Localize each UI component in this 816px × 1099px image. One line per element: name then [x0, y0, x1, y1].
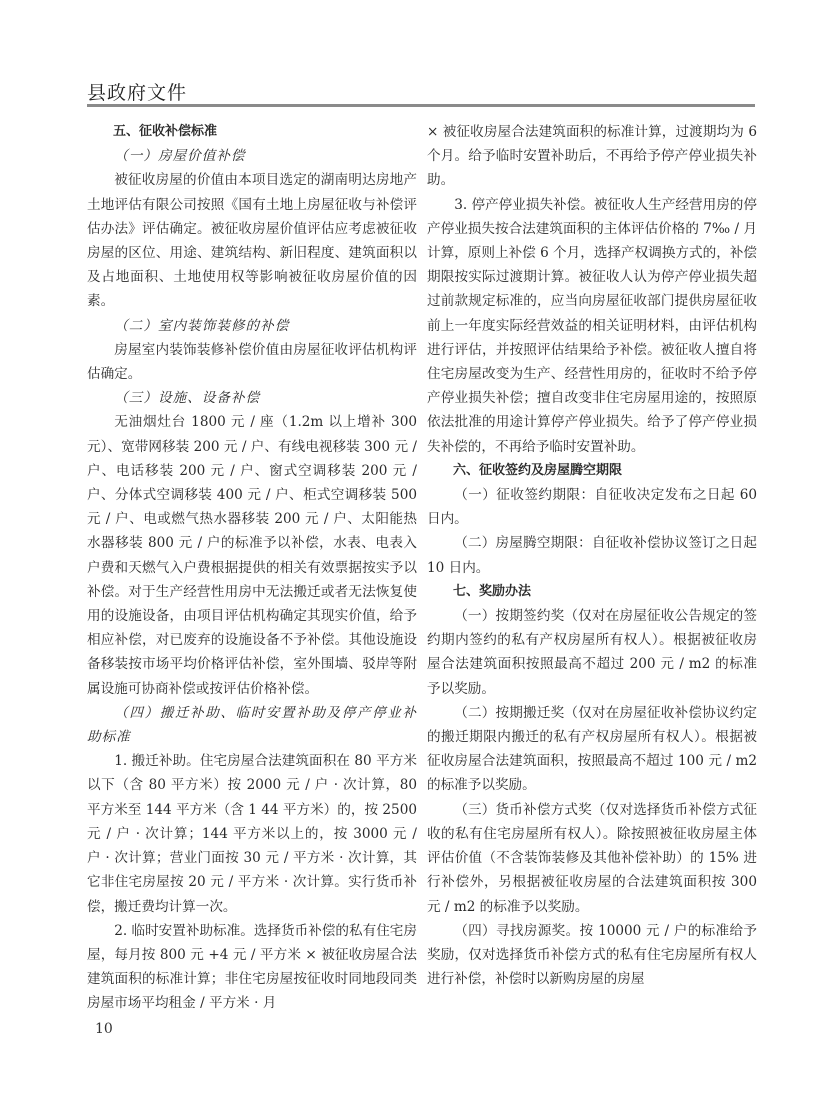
subsection-heading: （一）房屋价值补偿	[87, 144, 417, 168]
paragraph: （四）寻找房源奖。按 10000 元 / 户的标准给予奖励，仅对选择货币补偿方式…	[427, 919, 757, 992]
page-number: 10	[95, 1021, 113, 1037]
document-header-title: 县政府文件	[87, 78, 187, 105]
paragraph: 被征收房屋的价值由本项目选定的湖南明达房地产土地评估有限公司按照《国有土地上房屋…	[87, 168, 417, 313]
paragraph: 2. 临时安置补助标准。选择货币补偿的私有住宅房屋，每月按 800 元 +4 元…	[87, 919, 417, 1016]
paragraph: （一）按期签约奖（仅对在房屋征收公告规定的签约期内签约的私有产权房屋所有权人）。…	[427, 604, 757, 701]
paragraph: （二）按期搬迁奖（仅对在房屋征收补偿协议约定的搬迁期限内搬迁的私有产权房屋所有权…	[427, 701, 757, 798]
paragraph: 房屋室内装饰装修补偿价值由房屋征收评估机构评估确定。	[87, 338, 417, 386]
section-heading: 七、奖励办法	[427, 580, 757, 604]
paragraph: 无油烟灶台 1800 元 / 座（1.2m 以上增补 300 元）、宽带网移装 …	[87, 410, 417, 700]
paragraph: （三）货币补偿方式奖（仅对选择货币补偿方式征收的私有住宅房屋所有权人）。除按照被…	[427, 798, 757, 919]
subsection-heading: （四）搬迁补助、临时安置补助及停产停业补助标准	[87, 701, 417, 749]
paragraph-continued: × 被征收房屋合法建筑面积的标准计算，过渡期均为 6 个月。给予临时安置补助后，…	[427, 120, 757, 193]
subsection-heading: （三）设施、设备补偿	[87, 386, 417, 410]
paragraph: 1. 搬迁补助。住宅房屋合法建筑面积在 80 平方米以下（含 80 平方米）按 …	[87, 749, 417, 918]
right-column: × 被征收房屋合法建筑面积的标准计算，过渡期均为 6 个月。给予临时安置补助后，…	[427, 120, 757, 991]
left-column: 五、征收补偿标准 （一）房屋价值补偿 被征收房屋的价值由本项目选定的湖南明达房地…	[87, 120, 417, 1016]
paragraph: （二）房屋腾空期限：自征收补偿协议签订之日起 10 日内。	[427, 531, 757, 579]
paragraph: 3. 停产停业损失补偿。被征收人生产经营用房的停产停业损失按合法建筑面积的主体评…	[427, 193, 757, 459]
section-heading: 六、征收签约及房屋腾空期限	[427, 459, 757, 483]
paragraph: （一）征收签约期限：自征收决定发布之日起 60 日内。	[427, 483, 757, 531]
section-heading: 五、征收补偿标准	[87, 120, 417, 144]
header-divider	[87, 104, 755, 107]
subsection-heading: （二）室内装饰装修的补偿	[87, 314, 417, 338]
